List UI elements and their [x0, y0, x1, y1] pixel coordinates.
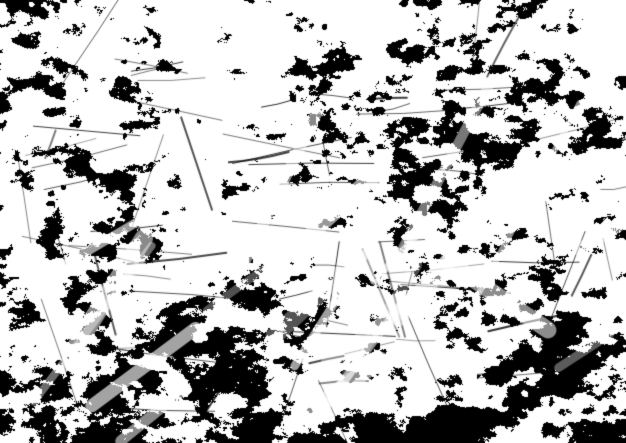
grunge-texture-image [0, 0, 626, 443]
texture-canvas [0, 0, 626, 443]
